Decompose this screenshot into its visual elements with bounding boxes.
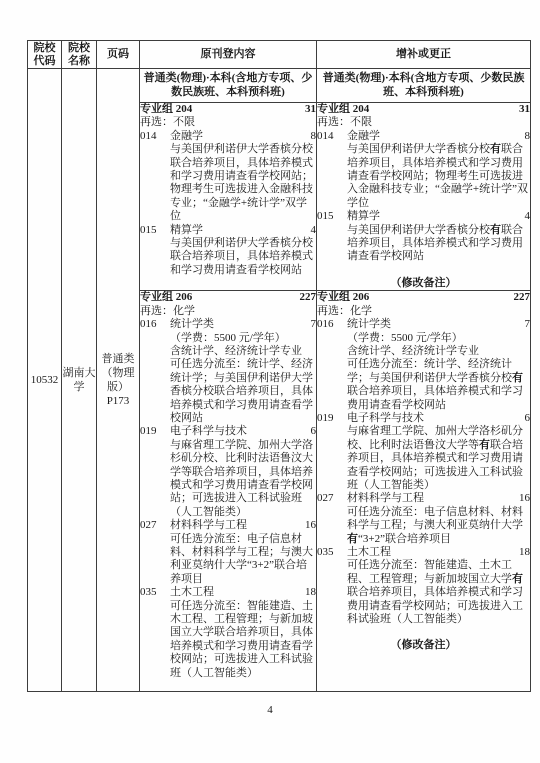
group-header-row: 专业组 206227 <box>140 291 316 304</box>
major-code: 035 <box>140 586 170 599</box>
major-note: 可任选分流至：统计学、经济统计学；与美国伊利诺伊大学香槟分校有联合培养项目，具体… <box>347 358 530 412</box>
major-row: 019电子科学与技术6 <box>140 425 316 438</box>
major-code: 014 <box>140 130 170 143</box>
major-code: 027 <box>140 519 170 532</box>
bold-inserted-char: 有 <box>490 224 501 236</box>
major-row: 027材料科学与工程16 <box>317 492 530 505</box>
reselect-row: 再选：不限 <box>317 116 530 129</box>
reselect-row: 再选：化学 <box>317 305 530 318</box>
major-row: 035土木工程18 <box>317 546 530 559</box>
section-204-correction: 专业组 20431再选：不限014金融学8与美国伊利诺伊大学香槟分校有联合培养项… <box>317 103 531 291</box>
note-text: （学费：5500 元/学年） <box>170 332 286 344</box>
header-college-code: 院校代码 <box>28 41 62 69</box>
reselect-row: 再选：化学 <box>140 305 316 318</box>
major-row: 019电子科学与技术6 <box>317 412 530 425</box>
major-row: 014金融学8 <box>140 130 316 143</box>
major-row: 014金融学8 <box>317 130 530 143</box>
major-count: 16 <box>305 519 316 532</box>
note-text: 与美国伊利诺伊大学香槟分校联合培养项目，具体培养模式和学习费用请查看学校网站；物… <box>170 143 313 222</box>
major-count: 18 <box>519 546 530 559</box>
major-count: 18 <box>305 586 316 599</box>
note-text: （学费：5500 元/学年） <box>347 332 463 344</box>
group-label: 专业组 206 <box>140 291 192 304</box>
college-name-cell: 湖南大学 <box>62 69 97 692</box>
bold-inserted-char: 有 <box>479 439 490 451</box>
major-note: 含统计学、经济统计学专业 <box>170 345 316 358</box>
major-name: 精算学 <box>170 224 311 237</box>
major-note: 与麻省理工学院、加州大学洛杉矶分校、比利时法语鲁汶大学等联合培养项目，具体培养模… <box>170 439 316 519</box>
major-row: 035土木工程18 <box>140 586 316 599</box>
major-count: 8 <box>525 130 531 143</box>
major-code: 019 <box>317 412 347 425</box>
table-header-row: 院校代码 院校名称 页码 原刊登内容 增补或更正 <box>28 41 531 69</box>
major-code: 015 <box>317 210 347 223</box>
major-name: 统计学类 <box>170 318 311 331</box>
major-name: 金融学 <box>347 130 525 143</box>
major-row: 015精算学4 <box>317 210 530 223</box>
group-header-row: 专业组 206227 <box>317 291 530 304</box>
major-note: 可任选分流至：智能建造、土木工程、工程管理；与新加坡国立大学联合培养项目，具体培… <box>170 600 316 680</box>
major-name: 材料科学与工程 <box>347 492 519 505</box>
major-note: （学费：5500 元/学年） <box>170 332 316 345</box>
group-label: 专业组 206 <box>317 291 369 304</box>
bold-inserted-char: 有 <box>347 533 358 545</box>
major-note: 含统计学、经济统计学专业 <box>347 345 530 358</box>
major-count: 6 <box>525 412 531 425</box>
major-code: 014 <box>317 130 347 143</box>
major-code: 019 <box>140 425 170 438</box>
major-count: 8 <box>311 130 317 143</box>
major-count: 7 <box>525 318 531 331</box>
page-ref-cell: 普通类（物理版）P173 <box>97 69 140 692</box>
revision-remark: （修改备注） <box>317 639 530 652</box>
major-name: 精算学 <box>347 210 525 223</box>
major-row: 016统计学类7 <box>140 318 316 331</box>
major-name: 材料科学与工程 <box>170 519 305 532</box>
bold-inserted-char: 有 <box>512 573 523 585</box>
major-note: 可任选分流至：电子信息材料、材料科学与工程；与澳大利亚莫纳什大学“3+2”联合培… <box>170 533 316 587</box>
note-text: 可任选分流至：统计学、经济统计学；与美国伊利诺伊大学香槟分校联合培养项目，具体培… <box>170 358 313 424</box>
note-text: 含统计学、经济统计学专业 <box>347 345 479 357</box>
group-count: 227 <box>514 291 531 304</box>
page-number: 4 <box>0 704 540 716</box>
major-note: 与美国伊利诺伊大学香槟分校有联合培养项目，具体培养模式和学习费用请查看学校网站；… <box>347 143 530 210</box>
major-code: 016 <box>317 318 347 331</box>
document-page: 院校代码 院校名称 页码 原刊登内容 增补或更正 10532 湖南大学 普通类（… <box>0 0 540 763</box>
major-name: 统计学类 <box>347 318 525 331</box>
major-name: 金融学 <box>170 130 311 143</box>
major-note: 可任选分流至：智能建造、土木工程、工程管理；与新加坡国立大学有联合培养项目，具体… <box>347 559 530 626</box>
header-original-content: 原刊登内容 <box>140 41 317 69</box>
category-row: 10532 湖南大学 普通类（物理版）P173 普通类(物理)·本科(含地方专项… <box>28 69 531 103</box>
note-text: 可任选分流至：智能建造、土木工程、工程管理；与新加坡国立大学 <box>347 559 512 584</box>
header-college-name: 院校名称 <box>62 41 97 69</box>
major-name: 电子科学与技术 <box>347 412 525 425</box>
major-code: 027 <box>317 492 347 505</box>
major-note: 与美国伊利诺伊大学香槟分校有联合培养项目，具体培养模式和学习费用请查看学校网站 <box>347 224 530 264</box>
major-name: 土木工程 <box>170 586 305 599</box>
major-note: 与美国伊利诺伊大学香槟分校联合培养项目，具体培养模式和学习费用请查看学校网站 <box>170 237 316 277</box>
major-note: 可任选分流至：统计学、经济统计学；与美国伊利诺伊大学香槟分校联合培养项目，具体培… <box>170 358 316 425</box>
major-code: 035 <box>317 546 347 559</box>
major-code: 015 <box>140 224 170 237</box>
major-note: （学费：5500 元/学年） <box>347 332 530 345</box>
group-header-row: 专业组 20431 <box>140 103 316 116</box>
note-text: 与美国伊利诺伊大学香槟分校 <box>347 143 490 155</box>
note-text: 可任选分流至：统计学、经济统计学；与美国伊利诺伊大学香槟分校 <box>347 358 512 383</box>
group-count: 31 <box>305 103 316 116</box>
bold-inserted-char: 有 <box>512 372 523 384</box>
correction-table: 院校代码 院校名称 页码 原刊登内容 增补或更正 10532 湖南大学 普通类（… <box>27 40 531 692</box>
category-header-original: 普通类(物理)·本科(含地方专项、少数民族班、本科预科班) <box>140 69 317 103</box>
note-text: 联合培养项目，具体培养模式和学习费用请查看学校网站；可选拔进入工科试验班（人工智… <box>347 586 523 625</box>
header-correction: 增补或更正 <box>317 41 531 69</box>
major-row: 015精算学4 <box>140 224 316 237</box>
major-note: 与麻省理工学院、加州大学洛杉矶分校、比利时法语鲁汶大学等有联合培养项目，具体培养… <box>347 425 530 492</box>
revision-remark: （修改备注） <box>317 277 530 290</box>
group-label: 专业组 204 <box>140 103 192 116</box>
major-count: 4 <box>311 224 317 237</box>
note-text: 可任选分流至：智能建造、土木工程、工程管理；与新加坡国立大学联合培养项目，具体培… <box>170 600 313 679</box>
group-count: 31 <box>519 103 530 116</box>
major-count: 16 <box>519 492 530 505</box>
major-count: 7 <box>311 318 317 331</box>
major-note: 可任选分流至：电子信息材料、材料科学与工程；与澳大利亚莫纳什大学有“3+2”联合… <box>347 506 530 546</box>
note-text: 与美国伊利诺伊大学香槟分校联合培养项目，具体培养模式和学习费用请查看学校网站 <box>170 237 313 276</box>
note-text: “3+2”联合培养项目 <box>358 533 451 545</box>
group-count: 227 <box>300 291 317 304</box>
major-name: 电子科学与技术 <box>170 425 311 438</box>
note-text: 与美国伊利诺伊大学香槟分校 <box>347 224 490 236</box>
section-204-original: 专业组 20431再选：不限014金融学8与美国伊利诺伊大学香槟分校联合培养项目… <box>140 103 317 291</box>
section-206-original: 专业组 206227再选：化学016统计学类7（学费：5500 元/学年）含统计… <box>140 291 317 692</box>
reselect-row: 再选：不限 <box>140 116 316 129</box>
major-name: 土木工程 <box>347 546 519 559</box>
major-row: 016统计学类7 <box>317 318 530 331</box>
group-header-row: 专业组 20431 <box>317 103 530 116</box>
college-code-cell: 10532 <box>28 69 62 692</box>
major-code: 016 <box>140 318 170 331</box>
note-text: 联合培养项目，具体培养模式和学习费用请查看学校网站 <box>347 385 523 410</box>
note-text: 与麻省理工学院、加州大学洛杉矶分校、比利时法语鲁汶大学等联合培养项目，具体培养模… <box>170 439 313 518</box>
group-label: 专业组 204 <box>317 103 369 116</box>
header-page-ref: 页码 <box>97 41 140 69</box>
major-count: 6 <box>311 425 317 438</box>
section-206-correction: 专业组 206227再选：化学016统计学类7（学费：5500 元/学年）含统计… <box>317 291 531 692</box>
note-text: 可任选分流至：电子信息材料、材料科学与工程；与澳大利亚莫纳什大学 <box>347 506 523 531</box>
bold-inserted-char: 有 <box>490 143 501 155</box>
note-text: 可任选分流至：电子信息材料、材料科学与工程；与澳大利亚莫纳什大学“3+2”联合培… <box>170 533 313 585</box>
major-note: 与美国伊利诺伊大学香槟分校联合培养项目，具体培养模式和学习费用请查看学校网站；物… <box>170 143 316 223</box>
category-header-correction: 普通类(物理)·本科(含地方专项、少数民族班、本科预科班) <box>317 69 531 103</box>
note-text: 含统计学、经济统计学专业 <box>170 345 302 357</box>
major-count: 4 <box>525 210 531 223</box>
major-row: 027材料科学与工程16 <box>140 519 316 532</box>
